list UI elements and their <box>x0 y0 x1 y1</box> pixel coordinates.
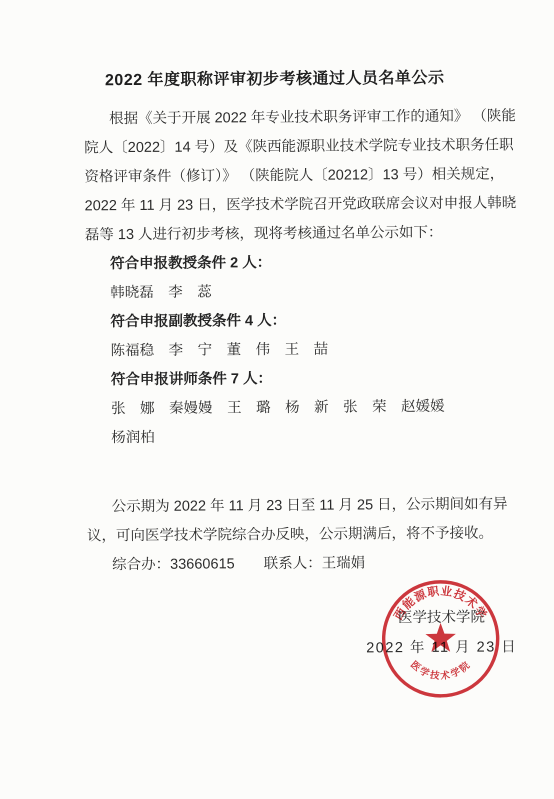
associate-professor-names: 陈福稳 李 宁 董 伟 王 喆 <box>86 334 512 366</box>
lecturer-names-line: 杨润柏 <box>86 421 512 453</box>
professor-names: 韩晓磊 李 蕊 <box>85 276 511 308</box>
professor-section-heading: 符合申报教授条件 2 人： <box>85 247 511 279</box>
lecturer-names-line: 张 娜 秦嫚嫚 王 璐 杨 新 张 荣 赵媛媛 <box>86 392 512 424</box>
document-page: 2022 年度职称评审初步考核通过人员名单公示 根据《关于开展 2022 年专业… <box>0 0 554 799</box>
closing-line: 公示期为 2022 年 11 月 23 日至 11 月 25 日，公示期间如有异 <box>87 490 513 522</box>
paragraph-line: 2022 年 11 月 23 日，医学技术学院召开党政联席会议对申报人韩晓 <box>85 189 511 221</box>
official-seal-stamp: 陕西能源职业技术学院 医学技术学院 <box>377 575 504 702</box>
closing-paragraph: 公示期为 2022 年 11 月 23 日至 11 月 25 日，公示期间如有异… <box>87 490 514 580</box>
lecturer-section-heading: 符合申报讲师条件 7 人： <box>86 363 512 395</box>
document-content: 2022 年度职称评审初步考核通过人员名单公示 根据《关于开展 2022 年专业… <box>0 0 554 799</box>
document-body: 根据《关于开展 2022 年专业技术职务评审工作的通知》 （陕能 院人〔2022… <box>84 102 512 453</box>
paragraph-line: 院人〔2022〕14 号）及《陕西能源职业技术学院专业技术职务任职 <box>84 131 510 163</box>
paragraph-line: 磊等 13 人进行初步考核，现将考核通过名单公示如下： <box>85 218 511 250</box>
seal-arc-text-bottom: 医学技术学院 <box>408 658 474 683</box>
seal-star-icon <box>425 623 456 652</box>
associate-professor-section-heading: 符合申报副教授条件 4 人： <box>85 305 511 337</box>
paragraph-line: 资格评审条件（修订）》 （陕能院人〔20212〕13 号）相关规定， <box>84 160 510 192</box>
paragraph-line: 根据《关于开展 2022 年专业技术职务评审工作的通知》 （陕能 <box>84 102 510 134</box>
document-title: 2022 年度职称评审初步考核通过人员名单公示 <box>0 64 552 91</box>
closing-line: 议，可向医学技术学院综合办反映，公示期满后，将不予接收。 <box>87 519 513 551</box>
